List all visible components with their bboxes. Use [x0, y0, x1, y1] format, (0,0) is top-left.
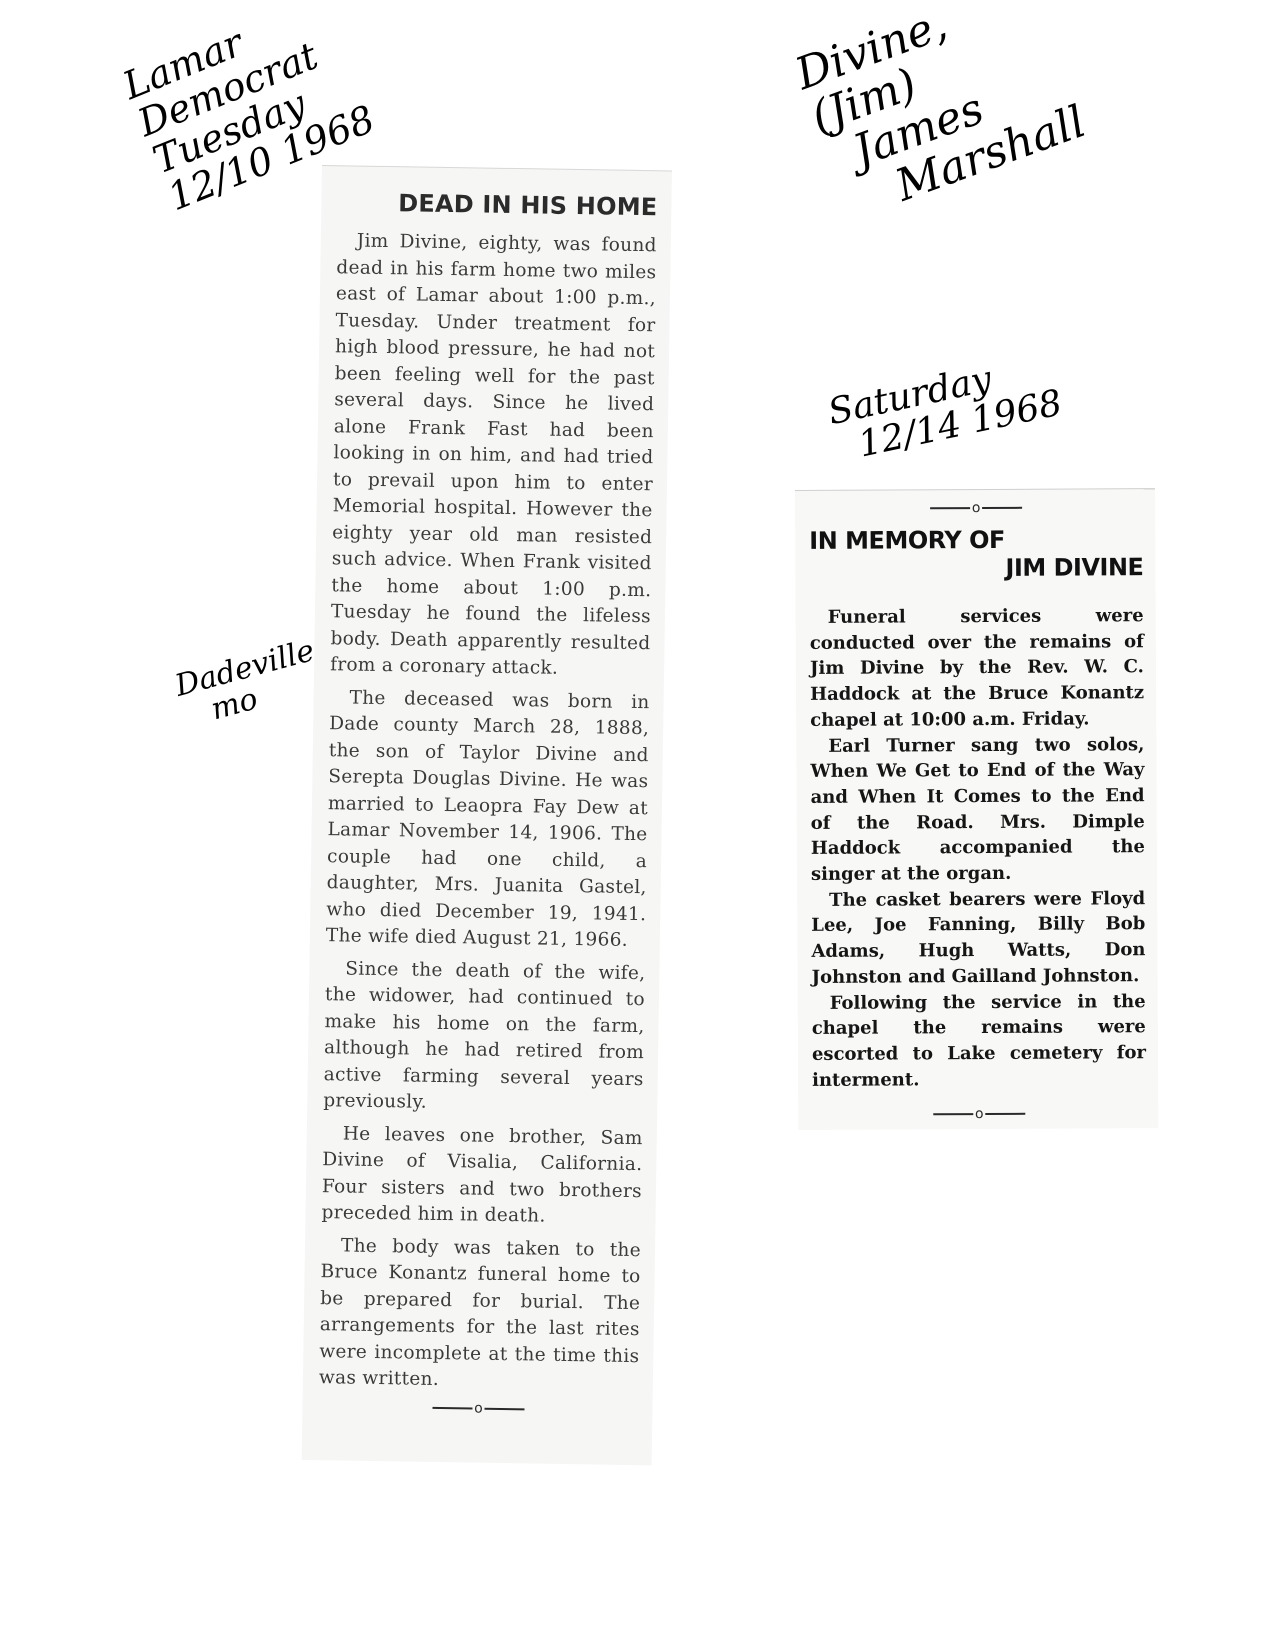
end-ornament: o — [318, 1398, 638, 1419]
memorial-headline-line2: JIM DIVINE — [809, 553, 1143, 583]
obituary-paragraph: The body was taken to the Bruce Konantz … — [319, 1233, 641, 1397]
handwritten-birthplace-note: Dadeville mo — [172, 635, 326, 733]
top-ornament: o — [809, 499, 1143, 517]
obituary-clipping: DEAD IN HIS HOME Jim Divine, eighty, was… — [302, 165, 672, 1465]
memorial-paragraph: Funeral services were conducted over the… — [810, 603, 1145, 733]
memorial-headline-line1: IN MEMORY OF — [809, 525, 1143, 555]
end-ornament: o — [812, 1106, 1146, 1124]
obituary-paragraph: The deceased was born in Dade county Mar… — [326, 685, 650, 955]
handwritten-name-note: Divine, (Jim) James Marshall — [790, 0, 1091, 229]
memorial-paragraph: Following the service in the chapel the … — [812, 989, 1147, 1094]
handwritten-second-date-note: Saturday 12/14 1968 — [825, 347, 1065, 469]
memorial-paragraph: Earl Turner sang two solos, When We Get … — [810, 732, 1145, 888]
obituary-paragraph: Since the death of the wife, the widower… — [323, 956, 645, 1120]
memorial-clipping: o IN MEMORY OF JIM DIVINE Funeral servic… — [795, 488, 1158, 1130]
obituary-paragraph: He leaves one brother, Sam Divine of Vis… — [321, 1121, 643, 1232]
obituary-paragraph: Jim Divine, eighty, was found dead in hi… — [330, 228, 657, 683]
memorial-paragraph: The casket bearers were Floyd Lee, Joe F… — [811, 886, 1146, 991]
obituary-headline: DEAD IN HIS HOME — [337, 188, 657, 221]
